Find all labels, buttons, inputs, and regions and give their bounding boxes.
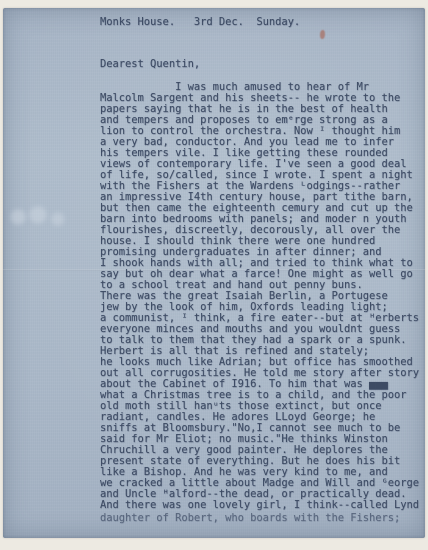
red-pencil-mark <box>320 30 325 39</box>
dateline: Monks House. 3rd Dec. Sunday. <box>100 17 300 28</box>
salutation: Dearest Quentin, <box>100 59 200 70</box>
photo-border: Monks House. 3rd Dec. Sunday. Dearest Qu… <box>0 0 428 550</box>
letter-body: I was much amused to hear of MrMalcolm S… <box>100 82 419 524</box>
letter-line: And there was one lovely girl, I think--… <box>100 500 419 511</box>
letter-line: daughter of Robert, who boards with the … <box>100 511 419 524</box>
embossed-stamp <box>7 196 69 238</box>
letter-paper: Monks House. 3rd Dec. Sunday. Dearest Qu… <box>3 8 425 538</box>
